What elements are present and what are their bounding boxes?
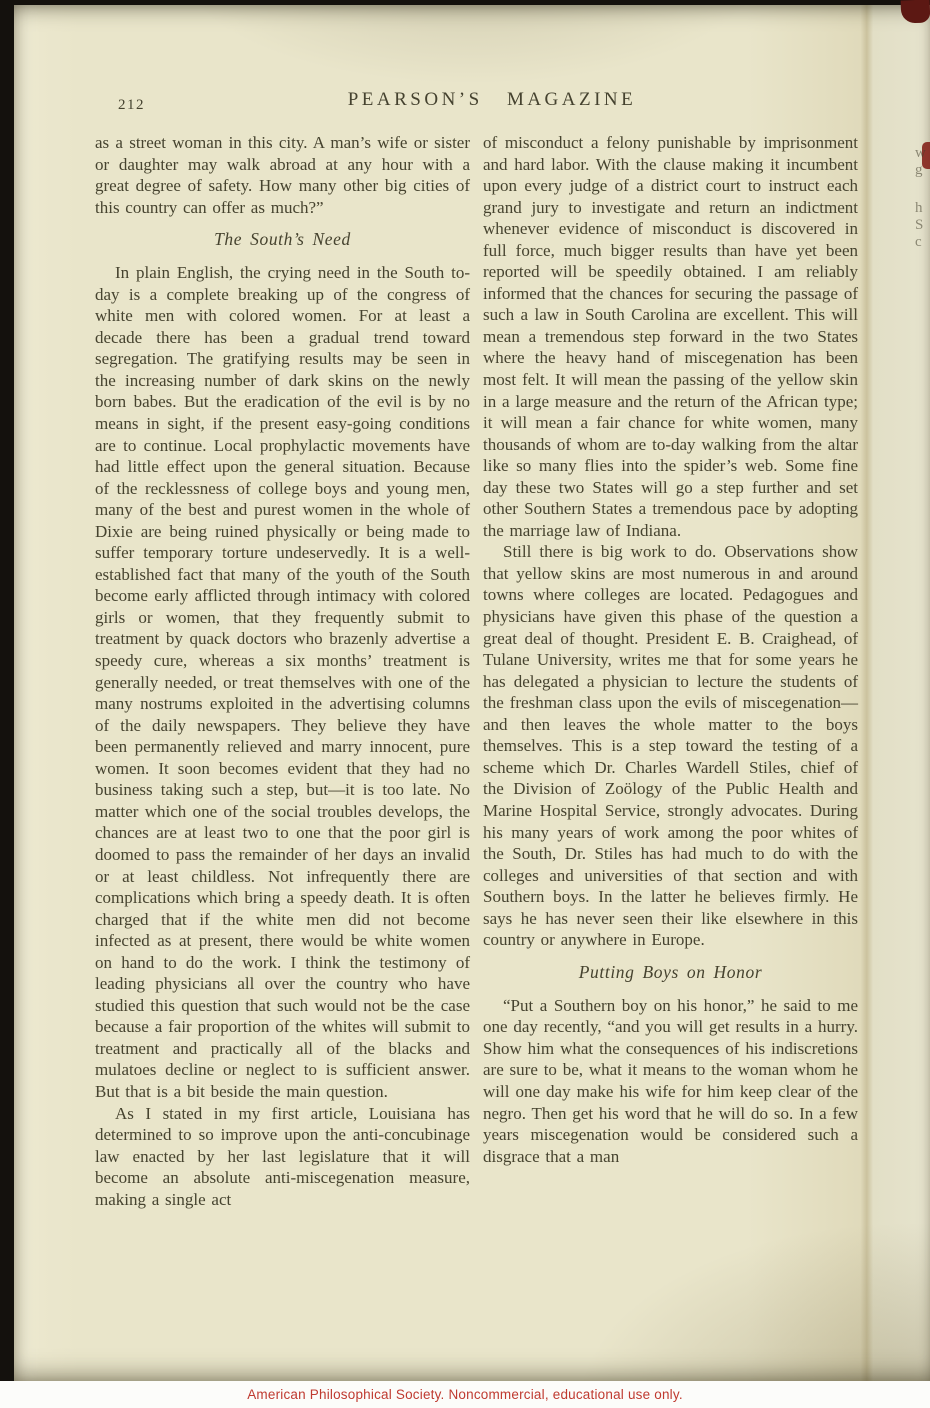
archive-attribution-band: American Philosophical Society. Noncomme…	[0, 1381, 930, 1408]
left-column: as a street woman in this city. A man’s …	[95, 132, 470, 1210]
paragraph-continuation: as a street woman in this city. A man’s …	[95, 132, 470, 218]
page-number: 212	[118, 97, 145, 114]
section-heading-souths-need: The South’s Need	[95, 229, 470, 250]
right-column: of misconduct a felony punishable by imp…	[483, 132, 858, 1210]
edge-letter: h	[915, 200, 930, 217]
adjacent-page-text-fragments: w g h S c	[915, 145, 930, 251]
magazine-title: PEARSON’S MAGAZINE	[95, 89, 859, 111]
edge-letter: c	[915, 234, 930, 251]
page-header: 212 PEARSON’S MAGAZINE	[95, 89, 859, 129]
edge-letter: g	[915, 162, 930, 179]
section-heading-putting-boys-on-honor: Putting Boys on Honor	[483, 962, 858, 983]
paragraph: In plain English, the crying need in the…	[95, 262, 470, 1102]
paragraph: “Put a Southern boy on his honor,” he sa…	[483, 995, 858, 1167]
paragraph: Still there is big work to do. Observati…	[483, 541, 858, 950]
edge-letter: S	[915, 217, 930, 234]
magazine-page-scan: 212 PEARSON’S MAGAZINE as a street woman…	[14, 5, 930, 1384]
paragraph-continuation: of misconduct a felony punishable by imp…	[483, 132, 858, 541]
paragraph: As I stated in my first article, Louisia…	[95, 1103, 470, 1211]
attribution-text: American Philosophical Society. Noncomme…	[247, 1387, 683, 1402]
edge-letter: w	[915, 145, 930, 162]
article-body: as a street woman in this city. A man’s …	[95, 132, 859, 1210]
